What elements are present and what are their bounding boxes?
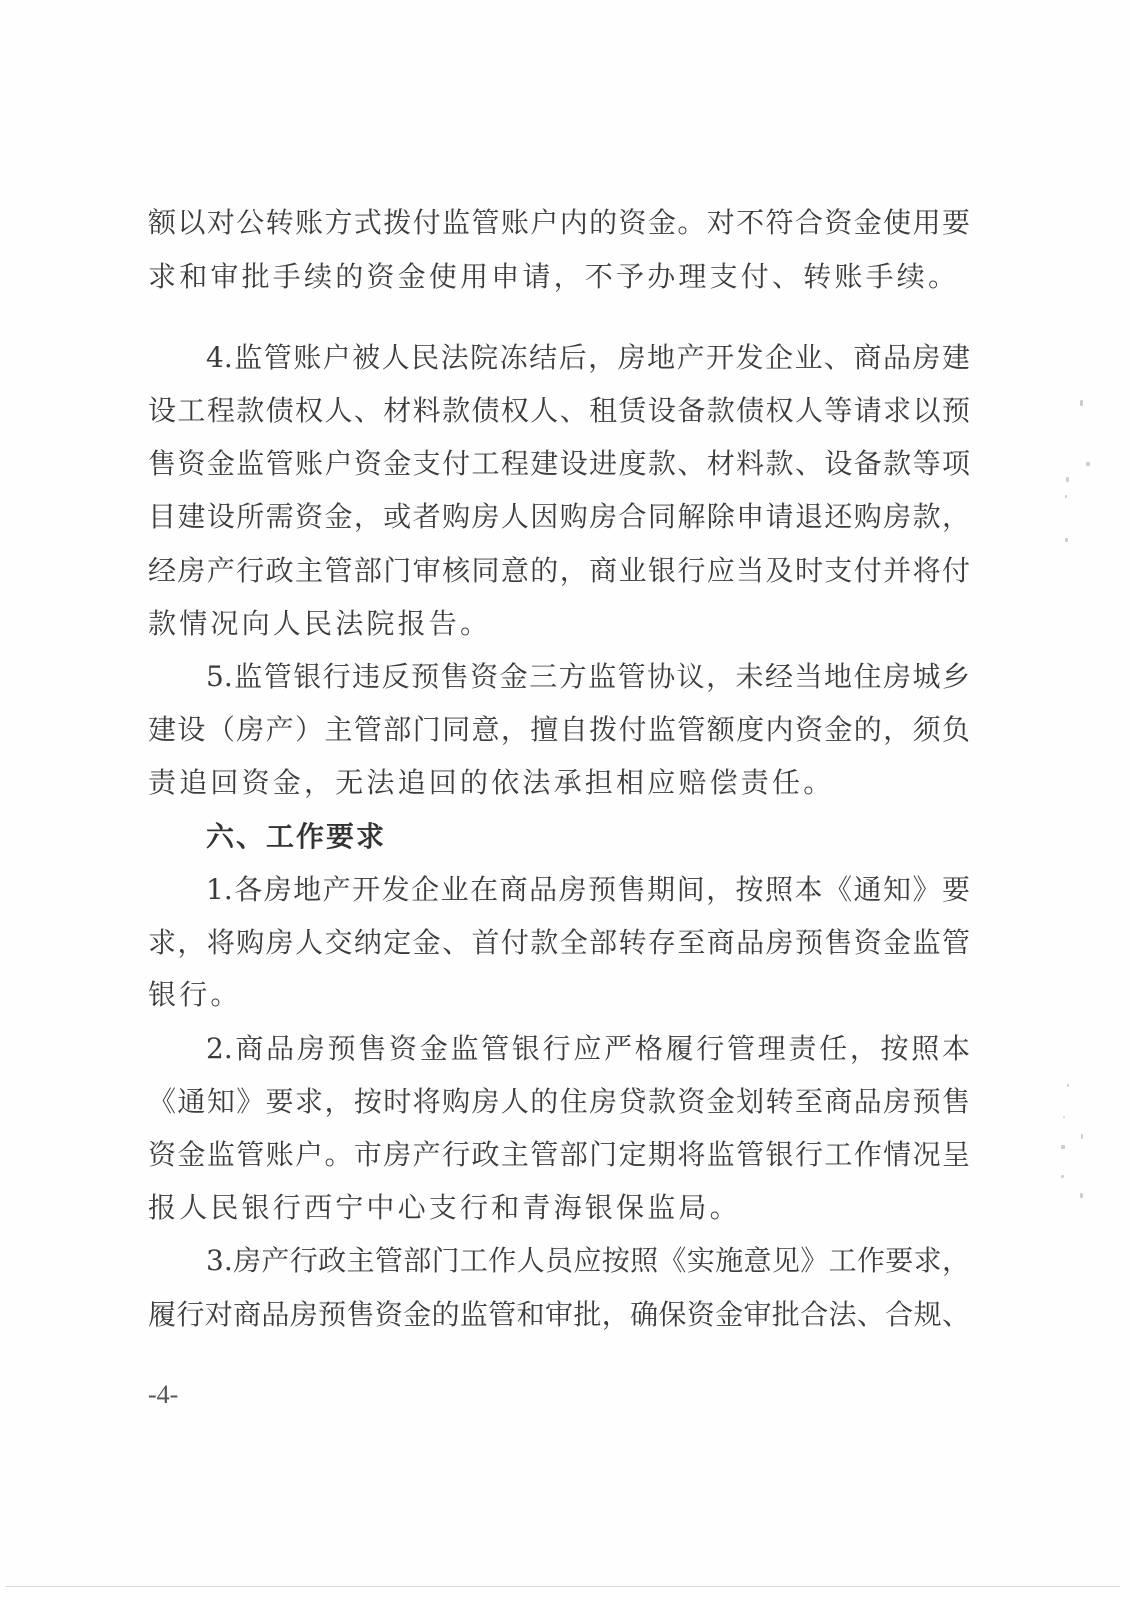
- scan-artifact: [1081, 1134, 1083, 1139]
- paragraph-line: 款情况向人民法院报告。: [148, 604, 970, 644]
- scan-artifact: [1065, 495, 1067, 498]
- paragraph-line: 目建设所需资金，或者购房人因购房合同解除申请退还购房款，: [148, 497, 970, 537]
- paragraph-line: 求，将购房人交纳定金、首付款全部转存至商品房预售资金监管: [148, 923, 970, 963]
- paragraph-line: 4.监管账户被人民法院冻结后，房地产开发企业、商品房建: [206, 338, 970, 378]
- scan-edge-line: [5, 1586, 1120, 1587]
- document-page: 额以对公转账方式拨付监管账户内的资金。对不符合资金使用要 求和审批手续的资金使用…: [0, 0, 1130, 1600]
- scan-artifact: [1067, 1084, 1069, 1087]
- paragraph-line: 建设（房产）主管部门同意，擅自拨付监管额度内资金的，须负: [148, 710, 970, 750]
- page-number: -4-: [148, 1380, 178, 1410]
- paragraph-line: 责追回资金，无法追回的依法承担相应赔偿责任。: [148, 763, 970, 803]
- scan-artifact: [1061, 1145, 1065, 1149]
- paragraph-line: 3.房产行政主管部门工作人员应按照《实施意见》工作要求，: [206, 1241, 970, 1281]
- scan-artifact: [1061, 1175, 1064, 1178]
- scan-artifact: [1080, 1193, 1083, 1198]
- scan-artifact: [1063, 1116, 1065, 1118]
- paragraph-line: 求和审批手续的资金使用申请，不予办理支付、转账手续。: [148, 257, 970, 297]
- paragraph-line: 资金监管账户。市房产行政主管部门定期将监管银行工作情况呈: [148, 1135, 970, 1175]
- paragraph-line: 设工程款债权人、材料款债权人、租赁设备款债权人等请求以预: [148, 391, 970, 431]
- scan-artifact: [1066, 477, 1069, 482]
- paragraph-line: 履行对商品房预售资金的监管和审批，确保资金审批合法、合规、: [148, 1295, 970, 1335]
- paragraph-line: 售资金监管账户资金支付工程建设进度款、材料款、设备款等项: [148, 444, 970, 484]
- paragraph-line: 经房产行政主管部门审核同意的，商业银行应当及时支付并将付: [148, 551, 970, 591]
- scan-artifact: [1080, 400, 1083, 406]
- scan-artifact: [1065, 538, 1068, 542]
- paragraph-line: 报人民银行西宁中心支行和青海银保监局。: [148, 1188, 970, 1228]
- scan-artifact: [1086, 462, 1090, 466]
- paragraph-line: 银行。: [148, 975, 970, 1015]
- paragraph-line: 5.监管银行违反预售资金三方监管协议，未经当地住房城乡: [206, 657, 970, 697]
- paragraph-line: 额以对公转账方式拨付监管账户内的资金。对不符合资金使用要: [148, 203, 970, 243]
- paragraph-line: 《通知》要求，按时将购房人的住房贷款资金划转至商品房预售: [148, 1082, 970, 1122]
- paragraph-line: 2.商品房预售资金监管银行应严格履行管理责任，按照本: [206, 1029, 970, 1069]
- paragraph-line: 1.各房地产开发企业在商品房预售期间，按照本《通知》要: [206, 870, 970, 910]
- section-heading: 六、工作要求: [206, 817, 386, 857]
